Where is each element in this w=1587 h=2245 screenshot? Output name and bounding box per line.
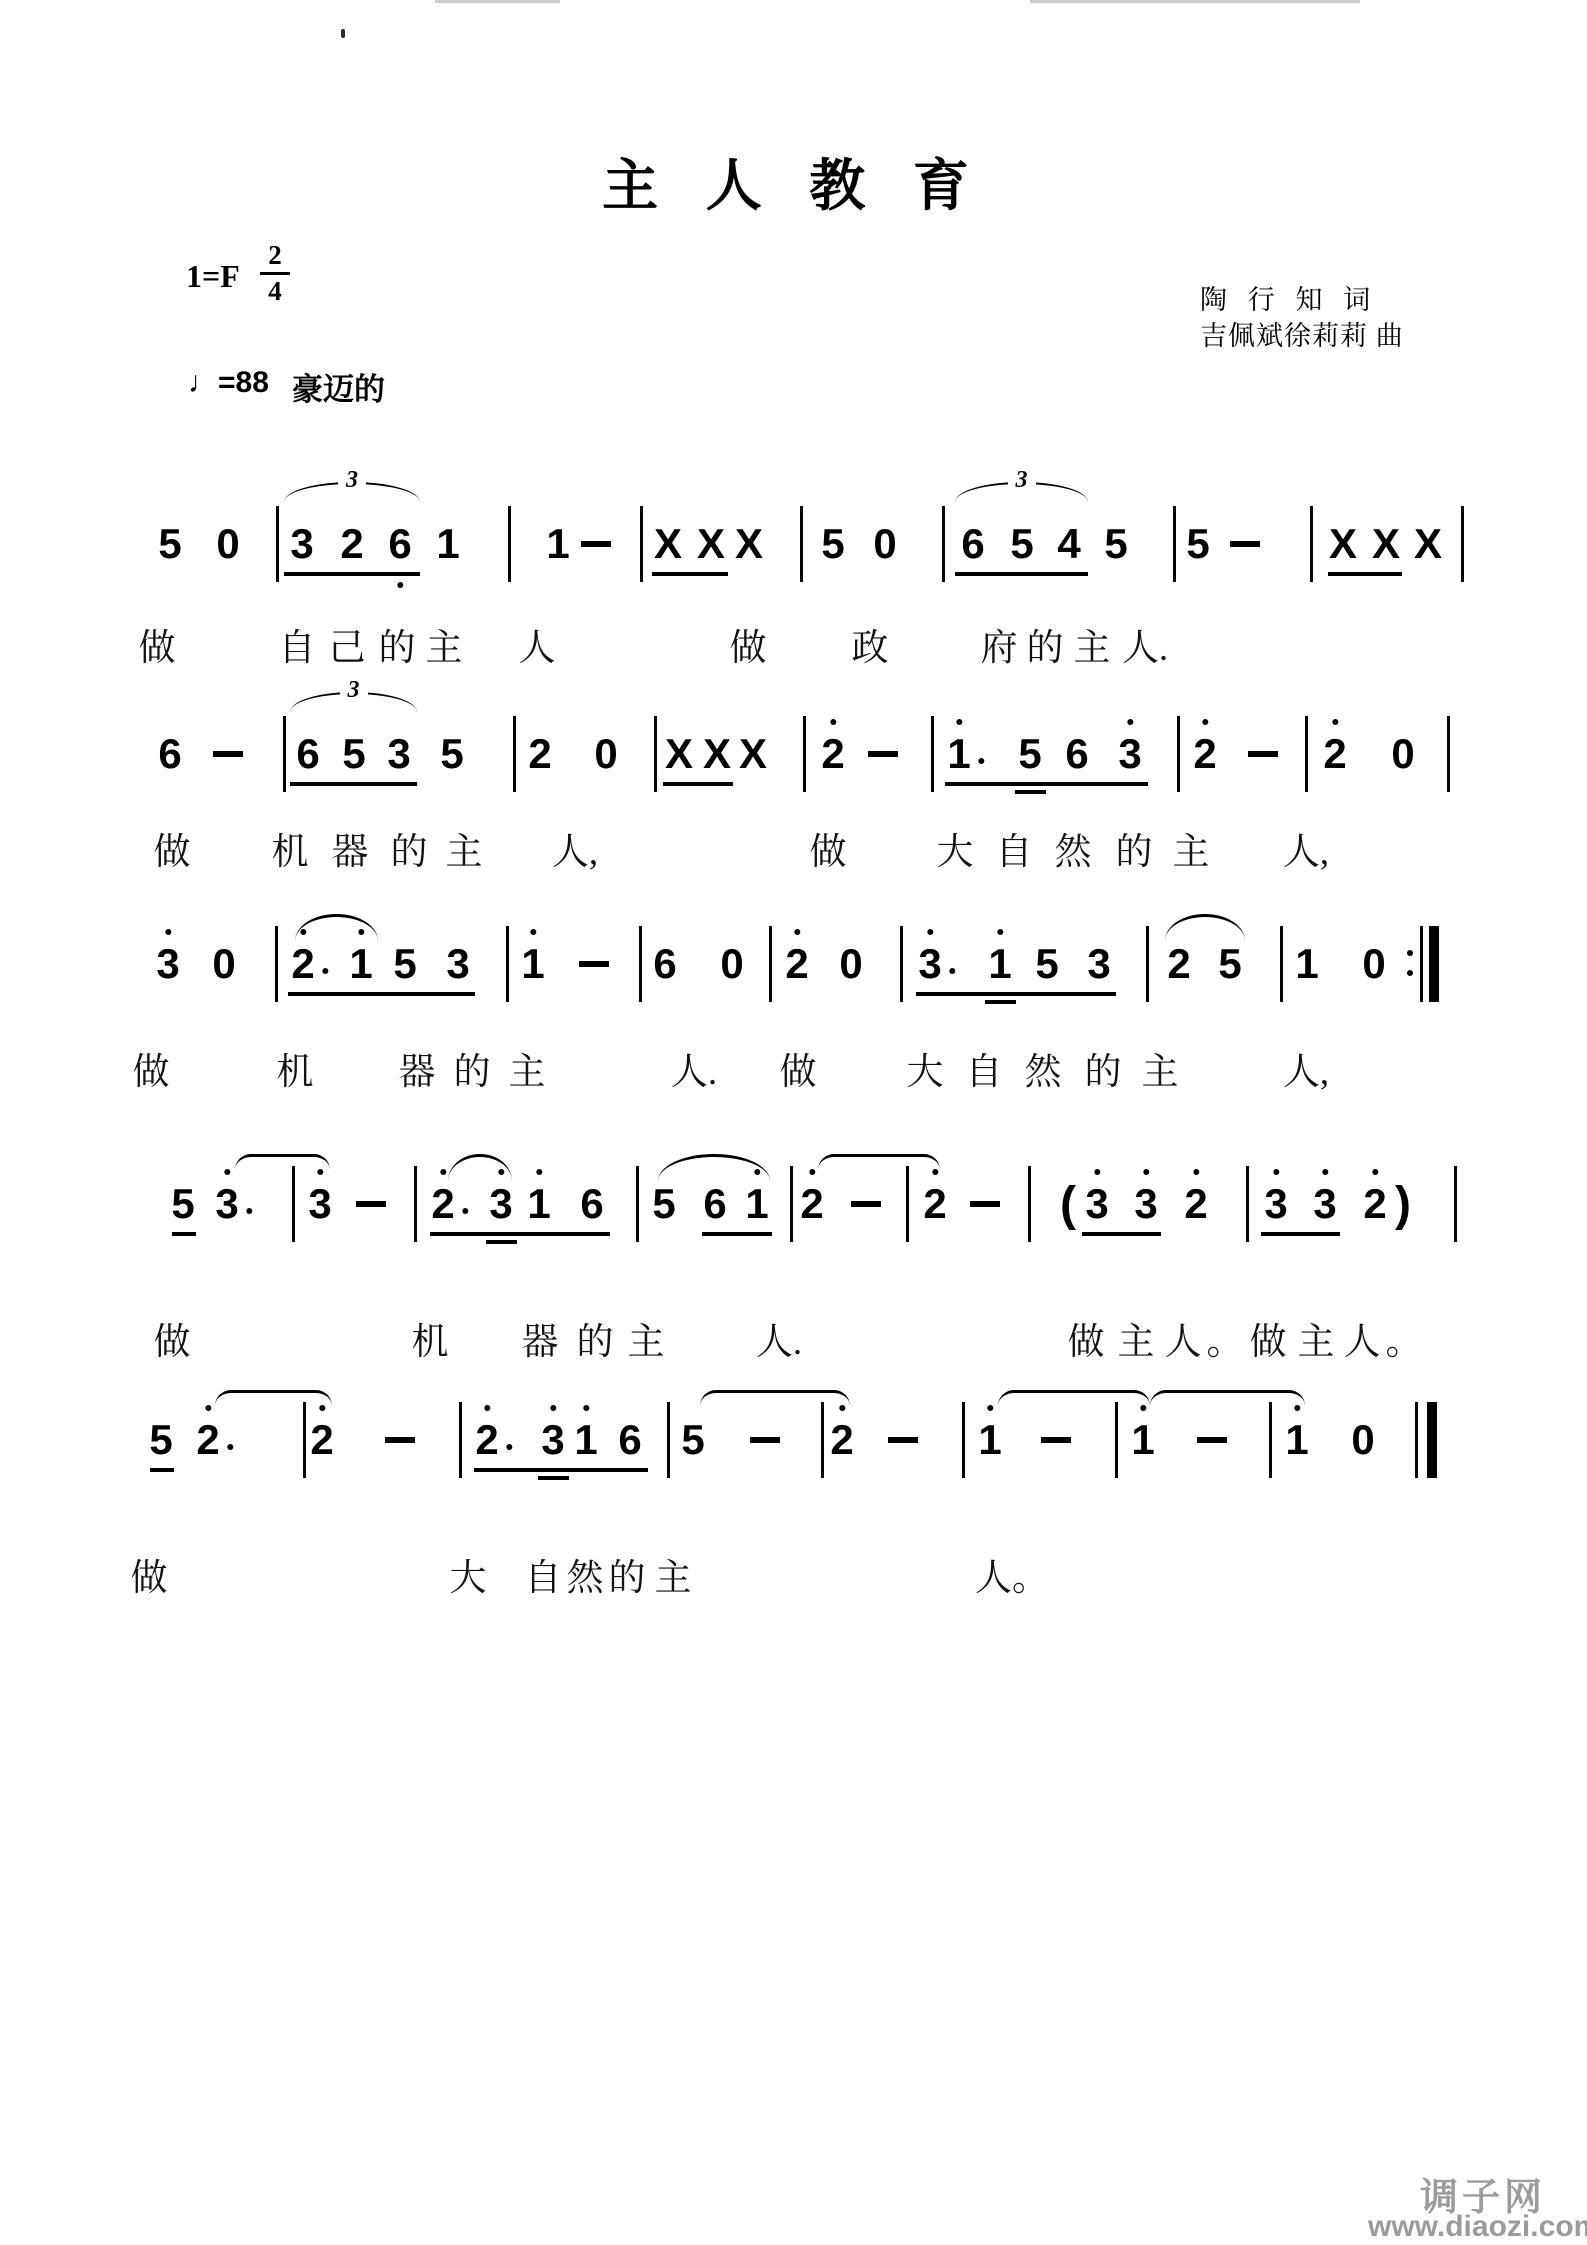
- octave-dot-high: [484, 1405, 490, 1411]
- octave-dot-high: [583, 1405, 589, 1411]
- tie-arc: [818, 1154, 940, 1181]
- jianpu-note: 0: [873, 522, 896, 566]
- jianpu-note: 5: [158, 522, 181, 566]
- slur-arc: [448, 1154, 512, 1181]
- jianpu-note: 2: [1363, 1182, 1386, 1226]
- duration-dash: [750, 1437, 780, 1443]
- lyric-char: 做: [131, 1558, 168, 1600]
- slur-arc: [1165, 914, 1245, 941]
- tie-arc: [235, 1154, 330, 1181]
- barline: [667, 1402, 670, 1478]
- repeat-thick-barline: [1429, 926, 1439, 1002]
- duration-dash: [1041, 1437, 1071, 1443]
- augmentation-dot: [507, 1444, 513, 1450]
- lyric-char: 然: [1025, 1052, 1062, 1094]
- barline: [506, 926, 509, 1002]
- slur-arc: [658, 1154, 770, 1181]
- lyric-char: 做: [1068, 1322, 1105, 1364]
- jianpu-note: 2: [431, 1182, 454, 1226]
- tie-arc: [215, 1390, 332, 1417]
- lyric-char: 主: [426, 628, 463, 670]
- lyric-char: 做: [133, 1052, 170, 1094]
- lyric-char: 政: [852, 628, 889, 670]
- lyric-char: 人,: [1283, 1052, 1329, 1094]
- jianpu-note: 5: [1218, 942, 1241, 986]
- barline: [1177, 716, 1180, 792]
- octave-dot-high: [1143, 1169, 1149, 1175]
- final-thick-barline: [1427, 1402, 1437, 1478]
- time-signature-bar: [260, 272, 290, 275]
- jianpu-note: 5: [821, 522, 844, 566]
- jianpu-note: X: [665, 732, 693, 776]
- slur-arc: [295, 914, 378, 941]
- beam-underline: [1328, 572, 1402, 576]
- duration-dash: [888, 1437, 918, 1443]
- beam-underline: [474, 1468, 648, 1472]
- barline: [1173, 506, 1176, 582]
- jianpu-note: 0: [1391, 732, 1414, 776]
- beam-underline: [284, 572, 420, 576]
- octave-dot-high: [224, 1169, 230, 1175]
- lyric-char: 。: [1207, 1322, 1244, 1364]
- beam-underline: [1082, 1232, 1161, 1236]
- jianpu-note: 3: [156, 942, 179, 986]
- lyric-char: 主: [446, 832, 483, 874]
- octave-dot-high: [550, 1405, 556, 1411]
- octave-dot-high: [987, 1405, 993, 1411]
- lyric-char: 的: [1085, 1052, 1122, 1094]
- beam-underline: [486, 1240, 517, 1244]
- jianpu-note: 3: [290, 522, 313, 566]
- jianpu-note: 1: [527, 1182, 550, 1226]
- beam-underline: [150, 1468, 174, 1472]
- jianpu-note: 3: [308, 1182, 331, 1226]
- octave-dot-high: [956, 719, 962, 725]
- lyric-char: 。: [1386, 1322, 1423, 1364]
- barline: [1454, 1166, 1457, 1242]
- jianpu-note: 3: [215, 1182, 238, 1226]
- jianpu-note: X: [739, 732, 767, 776]
- octave-dot-high: [1273, 1169, 1279, 1175]
- jianpu-note: 6: [961, 522, 984, 566]
- octave-dot-low: [397, 582, 403, 588]
- lyric-char: 己: [329, 628, 366, 670]
- jianpu-note: 5: [1186, 522, 1209, 566]
- octave-dot-high: [536, 1169, 542, 1175]
- jianpu-note: 5: [440, 732, 463, 776]
- lyric-char: 主: [1142, 1052, 1179, 1094]
- beam-underline: [430, 1232, 610, 1236]
- jianpu-note: 3: [1087, 942, 1110, 986]
- lyric-char: 的: [1027, 628, 1064, 670]
- composer-credit: 吉佩斌徐莉莉 曲: [1200, 314, 1404, 353]
- barline: [283, 716, 286, 792]
- barline: [414, 1166, 417, 1242]
- jianpu-note: 2: [291, 942, 314, 986]
- barline: [1246, 1166, 1249, 1242]
- lyric-char: 人.: [1122, 628, 1168, 670]
- barline: [962, 1402, 965, 1478]
- barline: [1447, 716, 1450, 792]
- sheet-music-page: 主 人 教 育 1=F 2 4 陶 行 知 词 吉佩斌徐莉莉 曲 ♩=88 豪迈…: [0, 0, 1587, 2245]
- jianpu-note: 5: [171, 1182, 194, 1226]
- lyric-char: 器: [399, 1052, 436, 1094]
- duration-dash: [356, 1201, 386, 1207]
- barline: [508, 506, 511, 582]
- lyric-char: 人.: [756, 1322, 802, 1364]
- lyric-char: 做: [139, 628, 176, 670]
- lyric-char: 主: [1173, 832, 1210, 874]
- lyric-char: 然: [1055, 832, 1092, 874]
- jianpu-note: 3: [1118, 732, 1141, 776]
- beam-underline: [955, 572, 1088, 576]
- octave-dot-high: [1193, 1169, 1199, 1175]
- jianpu-note: 1: [349, 942, 372, 986]
- barline: [942, 506, 945, 582]
- time-signature-denominator: 4: [258, 278, 292, 305]
- barline: [790, 1166, 793, 1242]
- barline: [1028, 1166, 1031, 1242]
- time-signature-numerator: 2: [258, 242, 292, 269]
- jianpu-note: 2: [1184, 1182, 1207, 1226]
- octave-dot-high: [1202, 719, 1208, 725]
- jianpu-note: 1: [1131, 1418, 1154, 1462]
- lyric-char: 自: [966, 1052, 1003, 1094]
- jianpu-note: 2: [923, 1182, 946, 1226]
- lyric-char: 人: [1165, 1322, 1202, 1364]
- jianpu-note: 6: [653, 942, 676, 986]
- jianpu-note: 5: [393, 942, 416, 986]
- octave-dot-high: [440, 1169, 446, 1175]
- jianpu-note: X: [735, 522, 763, 566]
- beam-underline: [1015, 790, 1046, 794]
- song-title: 主 人 教 育: [0, 142, 1587, 222]
- jianpu-note: 0: [1351, 1418, 1374, 1462]
- lyric-char: 人。: [975, 1558, 1049, 1600]
- jianpu-note: 6: [158, 732, 181, 776]
- lyric-char: 做: [1250, 1322, 1287, 1364]
- jianpu-note: 5: [652, 1182, 675, 1226]
- final-thin-barline: [1415, 1402, 1418, 1478]
- jianpu-note: 3: [1134, 1182, 1157, 1226]
- barline: [640, 506, 643, 582]
- jianpu-note: 4: [1057, 522, 1080, 566]
- lyric-char: 人,: [552, 832, 598, 874]
- octave-dot-high: [927, 929, 933, 935]
- jianpu-note: 5: [149, 1418, 172, 1462]
- barline: [639, 926, 642, 1002]
- barline: [1305, 716, 1308, 792]
- jianpu-note: X: [1372, 522, 1400, 566]
- octave-dot-high: [809, 1169, 815, 1175]
- barline: [275, 926, 278, 1002]
- augmentation-dot: [247, 1208, 253, 1214]
- triplet-bracket: 3: [955, 476, 1088, 502]
- barline: [1310, 506, 1313, 582]
- beam-underline: [290, 782, 417, 786]
- barline: [513, 716, 516, 792]
- duration-dash: [579, 961, 609, 967]
- duration-dash: [851, 1201, 881, 1207]
- octave-dot-high: [1372, 1169, 1378, 1175]
- jianpu-note: 3: [541, 1418, 564, 1462]
- lyric-char: 自: [525, 1558, 562, 1600]
- jianpu-note: 1: [521, 942, 544, 986]
- triplet-bracket: 3: [284, 476, 420, 502]
- jianpu-note: 5: [342, 732, 365, 776]
- jianpu-note: 3: [446, 942, 469, 986]
- beam-underline: [945, 782, 1148, 786]
- lyric-char: 机: [277, 1052, 314, 1094]
- jianpu-note: 2: [310, 1418, 333, 1462]
- lyric-char: 府: [981, 628, 1018, 670]
- lyric-char: 主: [509, 1052, 546, 1094]
- scan-artifact-strip: [1030, 0, 1360, 3]
- lyric-char: 大: [907, 1052, 944, 1094]
- lyric-char: 的: [609, 1558, 646, 1600]
- lyricist-credit: 陶 行 知 词: [1200, 278, 1377, 317]
- lyric-char: 机: [412, 1322, 449, 1364]
- barline: [931, 716, 934, 792]
- jianpu-note: 2: [340, 522, 363, 566]
- jianpu-note: 2: [800, 1182, 823, 1226]
- jianpu-note: 2: [475, 1418, 498, 1462]
- lyric-char: 做: [780, 1052, 817, 1094]
- lyric-char: 主: [1298, 1322, 1335, 1364]
- jianpu-note: 1: [947, 732, 970, 776]
- beam-underline: [538, 1476, 569, 1480]
- triplet-bracket: 3: [290, 686, 417, 712]
- jianpu-note: X: [703, 732, 731, 776]
- barline: [800, 506, 803, 582]
- expression-mark: 豪迈的: [292, 364, 385, 409]
- jianpu-note: 3: [918, 942, 941, 986]
- jianpu-note: 6: [618, 1418, 641, 1462]
- tie-arc: [1150, 1390, 1305, 1417]
- augmentation-dot: [463, 1208, 469, 1214]
- lyric-char: 器: [332, 832, 369, 874]
- lyric-char: 的: [577, 1322, 614, 1364]
- jianpu-note: 6: [296, 732, 319, 776]
- time-signature: 2 4: [258, 242, 292, 305]
- barline: [900, 926, 903, 1002]
- duration-dash: [1197, 1437, 1227, 1443]
- jianpu-note: 3: [1313, 1182, 1336, 1226]
- lyric-char: 大: [450, 1558, 487, 1600]
- lyric-char: 然: [567, 1558, 604, 1600]
- lyric-char: 主: [1118, 1322, 1155, 1364]
- jianpu-note: 3: [489, 1182, 512, 1226]
- lyric-char: 器: [522, 1322, 559, 1364]
- octave-dot-high: [830, 719, 836, 725]
- octave-dot-high: [1322, 1169, 1328, 1175]
- jianpu-note: 6: [703, 1182, 726, 1226]
- octave-dot-high: [1127, 719, 1133, 725]
- beam-underline: [288, 992, 475, 996]
- open-paren: (: [1060, 1180, 1076, 1230]
- jianpu-note: 0: [594, 732, 617, 776]
- tie-arc: [998, 1390, 1150, 1417]
- scan-artifact-strip: [435, 0, 560, 3]
- lyric-char: 自: [996, 832, 1033, 874]
- lyric-char: 主: [655, 1558, 692, 1600]
- repeat-thin-barline: [1420, 926, 1423, 1002]
- duration-dash: [385, 1437, 415, 1443]
- duration-dash: [581, 541, 611, 547]
- duration-dash: [1230, 541, 1260, 547]
- jianpu-note: 2: [196, 1418, 219, 1462]
- jianpu-note: 2: [1193, 732, 1216, 776]
- lyric-char: 做: [154, 1322, 191, 1364]
- jianpu-note: 2: [821, 732, 844, 776]
- jianpu-note: X: [1414, 522, 1442, 566]
- jianpu-note: X: [654, 522, 682, 566]
- beam-underline: [663, 782, 733, 786]
- beam-underline: [916, 992, 1116, 996]
- augmentation-dot: [979, 758, 985, 764]
- jianpu-note: 2: [1167, 942, 1190, 986]
- jianpu-note: 3: [387, 732, 410, 776]
- jianpu-note: 3: [1085, 1182, 1108, 1226]
- augmentation-dot: [228, 1444, 234, 1450]
- jianpu-note: 3: [1264, 1182, 1287, 1226]
- lyric-char: 主: [1074, 628, 1111, 670]
- duration-dash: [868, 751, 898, 757]
- barline: [1461, 506, 1464, 582]
- tie-arc: [700, 1390, 850, 1417]
- lyric-char: 做: [810, 832, 847, 874]
- repeat-dot: [1407, 950, 1413, 956]
- barline: [1280, 926, 1283, 1002]
- jianpu-note: 6: [388, 522, 411, 566]
- triplet-number: 3: [1008, 468, 1036, 492]
- barline: [276, 506, 279, 582]
- jianpu-note: 1: [978, 1418, 1001, 1462]
- lyric-char: 大: [937, 832, 974, 874]
- lyric-char: 人: [519, 628, 556, 670]
- lyric-char: 的: [391, 832, 428, 874]
- octave-dot-high: [1332, 719, 1338, 725]
- barline: [459, 1402, 462, 1478]
- jianpu-note: 2: [830, 1418, 853, 1462]
- lyric-char: 机: [272, 832, 309, 874]
- jianpu-note: 1: [988, 942, 1011, 986]
- jianpu-note: 2: [785, 942, 808, 986]
- jianpu-note: 6: [580, 1182, 603, 1226]
- lyric-char: 人: [1344, 1322, 1381, 1364]
- barline: [1146, 926, 1149, 1002]
- jianpu-note: 0: [720, 942, 743, 986]
- lyric-char: 自: [279, 628, 316, 670]
- lyric-char: 的: [379, 628, 416, 670]
- close-paren: ): [1395, 1180, 1411, 1230]
- jianpu-note: 1: [546, 522, 569, 566]
- lyric-char: 做: [154, 832, 191, 874]
- duration-dash: [970, 1201, 1000, 1207]
- duration-dash: [213, 751, 243, 757]
- octave-dot-high: [165, 929, 171, 935]
- octave-dot-high: [1094, 1169, 1100, 1175]
- lyric-char: 的: [1116, 832, 1153, 874]
- octave-dot-high: [997, 929, 1003, 935]
- scan-artifact-dot: [341, 29, 345, 38]
- lyric-char: 人.: [671, 1052, 717, 1094]
- jianpu-note: 5: [1035, 942, 1058, 986]
- watermark-site-url: www.diaozi.com: [1368, 2210, 1587, 2244]
- barline: [654, 716, 657, 792]
- beam-underline: [702, 1232, 772, 1236]
- duration-dash: [1248, 751, 1278, 757]
- triplet-number: 3: [340, 678, 368, 702]
- jianpu-note: 0: [216, 522, 239, 566]
- jianpu-note: X: [1329, 522, 1357, 566]
- jianpu-note: 5: [1010, 522, 1033, 566]
- jianpu-note: 1: [574, 1418, 597, 1462]
- jianpu-note: 0: [212, 942, 235, 986]
- beam-underline: [652, 572, 728, 576]
- octave-dot-high: [794, 929, 800, 935]
- jianpu-note: 1: [436, 522, 459, 566]
- lyric-char: 主: [628, 1322, 665, 1364]
- barline: [803, 716, 806, 792]
- beam-underline: [172, 1232, 196, 1236]
- octave-dot-high: [205, 1405, 211, 1411]
- jianpu-note: 0: [839, 942, 862, 986]
- octave-dot-high: [530, 929, 536, 935]
- jianpu-note: 1: [745, 1182, 768, 1226]
- jianpu-note: 1: [1295, 942, 1318, 986]
- barline: [636, 1166, 639, 1242]
- jianpu-note: 5: [1104, 522, 1127, 566]
- jianpu-note: 2: [1323, 732, 1346, 776]
- jianpu-note: 5: [681, 1418, 704, 1462]
- metronome-mark: ♩=88: [188, 366, 269, 400]
- jianpu-note: 1: [1285, 1418, 1308, 1462]
- lyric-char: 的: [454, 1052, 491, 1094]
- jianpu-note: 6: [1065, 732, 1088, 776]
- beam-underline: [985, 1000, 1016, 1004]
- repeat-dot: [1407, 970, 1413, 976]
- augmentation-dot: [950, 968, 956, 974]
- jianpu-note: 2: [528, 732, 551, 776]
- augmentation-dot: [323, 968, 329, 974]
- beam-underline: [1261, 1232, 1340, 1236]
- key-signature: 1=F: [186, 258, 240, 295]
- jianpu-note: X: [697, 522, 725, 566]
- jianpu-note: 5: [1018, 732, 1041, 776]
- jianpu-note: 0: [1362, 942, 1385, 986]
- barline: [769, 926, 772, 1002]
- lyric-char: 做: [730, 628, 767, 670]
- triplet-number: 3: [338, 468, 366, 492]
- lyric-char: 人,: [1283, 832, 1329, 874]
